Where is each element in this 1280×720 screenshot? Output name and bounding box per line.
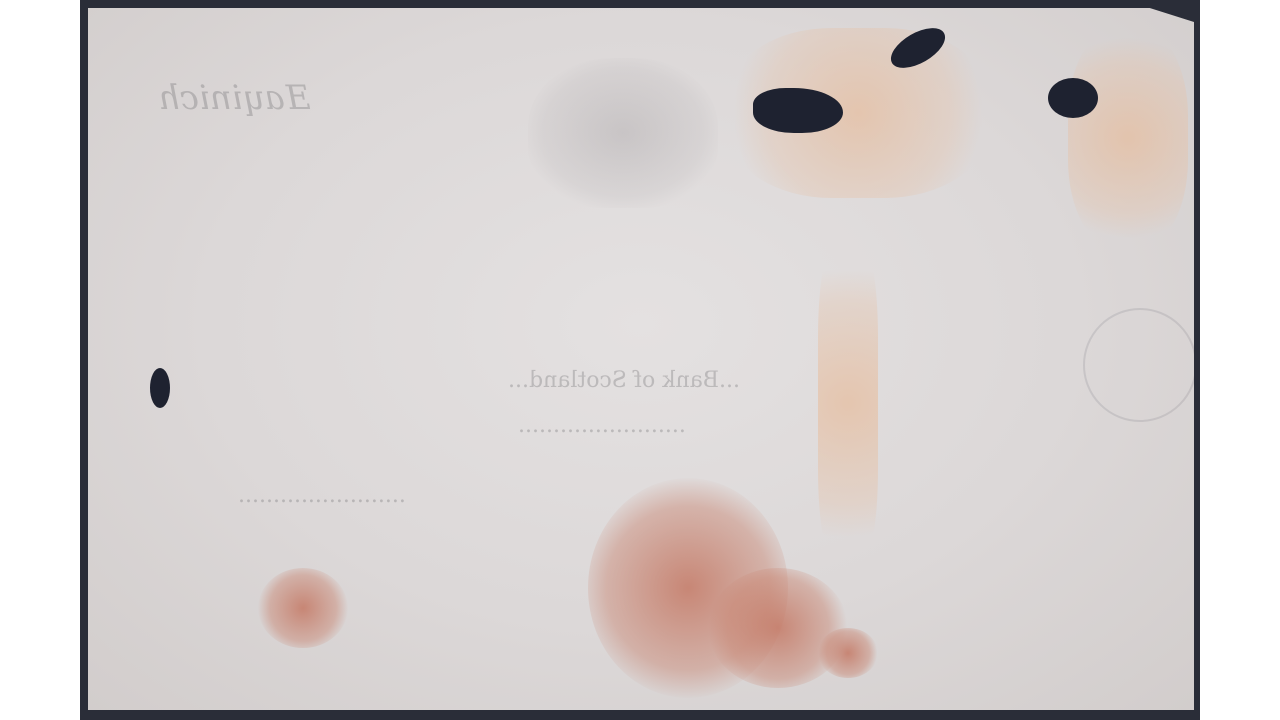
show-through-text-line: ........................ bbox=[518, 413, 686, 438]
banknote-paper: Ǝaɥinich ...Bank of Scotland... ........… bbox=[88, 8, 1194, 710]
show-through-text-line: ........................ bbox=[238, 483, 406, 508]
water-stain bbox=[818, 238, 878, 568]
tear-hole bbox=[1048, 78, 1098, 118]
tear-hole bbox=[150, 368, 170, 408]
water-stain bbox=[1068, 28, 1188, 248]
show-through-text-line: ...Bank of Scotland... bbox=[508, 368, 740, 393]
foxing-stain bbox=[818, 628, 878, 678]
tear-hole bbox=[753, 88, 843, 133]
show-through-signature: Ǝaɥinich bbox=[158, 78, 310, 118]
foxing-stain bbox=[258, 568, 348, 648]
show-through-crest bbox=[528, 58, 718, 208]
show-through-circular-seal bbox=[1083, 308, 1197, 422]
